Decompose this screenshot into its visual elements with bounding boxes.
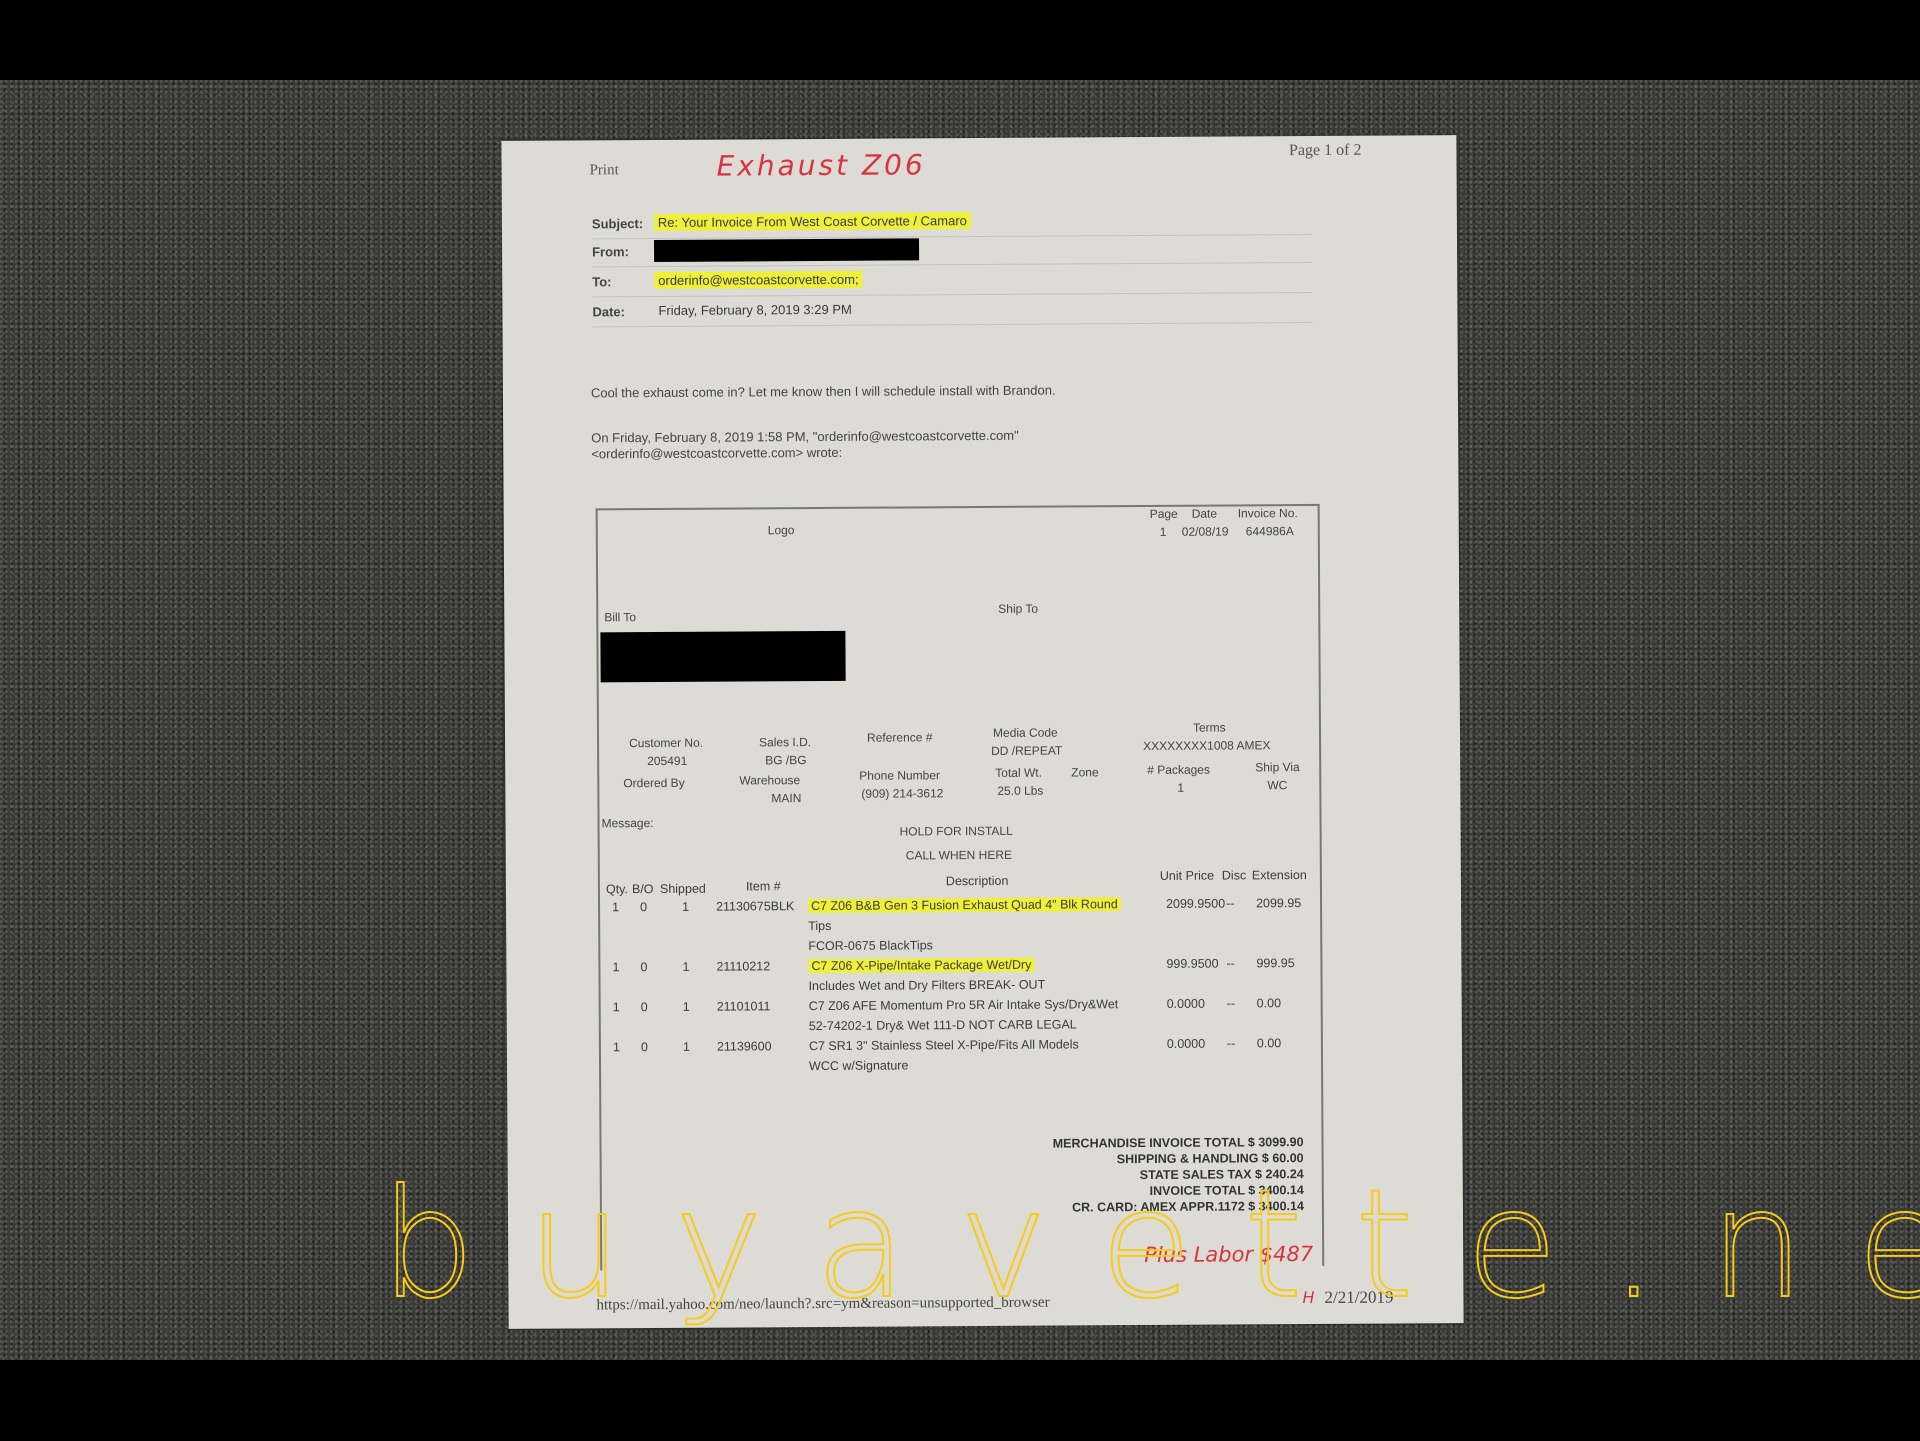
cell-extension: 2099.95 — [1256, 896, 1301, 910]
cell-description: C7 Z06 AFE Momentum Pro 5R Air Intake Sy… — [809, 997, 1119, 1013]
table-row: 10121139600C7 SR1 3" Stainless Steel X-P… — [601, 1036, 1321, 1058]
print-label: Print — [590, 162, 619, 179]
cell-disc: -- — [1227, 1036, 1235, 1050]
cell-shipped: 1 — [683, 1040, 690, 1054]
date-col-value: 02/08/19 — [1182, 524, 1229, 538]
cell-qty: 1 — [612, 900, 619, 914]
date-value: Friday, February 8, 2019 3:29 PM — [654, 301, 856, 319]
cell-shipped: 1 — [682, 900, 689, 914]
line-note: 52-74202-1 Dry& Wet 111-D NOT CARB LEGAL — [601, 1016, 1321, 1038]
cell-extension: 999.95 — [1256, 956, 1294, 970]
cell-bo: 0 — [640, 960, 647, 974]
line-note-text: WCC w/Signature — [809, 1058, 908, 1073]
phone-label: Phone Number — [859, 768, 940, 782]
ordered-by-label: Ordered By — [623, 776, 684, 790]
cell-bo: 0 — [640, 900, 647, 914]
cell-qty: 1 — [613, 1000, 620, 1014]
line-items-header: Qty. B/O Shipped Item # Description Unit… — [600, 868, 1320, 890]
cell-item: 21139600 — [717, 1039, 772, 1053]
cell-qty: 1 — [612, 960, 619, 974]
col-shipped: Shipped — [660, 882, 706, 896]
col-bo: B/O — [632, 882, 654, 896]
email-from-row: From: — [592, 234, 1312, 267]
email-to-row: To: orderinfo@westcoastcorvette.com; — [592, 264, 1312, 297]
cell-item: 21101011 — [717, 999, 771, 1013]
cell-bo: 0 — [641, 1040, 648, 1054]
packages-value: 1 — [1177, 781, 1184, 795]
reference-label: Reference # — [867, 730, 932, 744]
cell-qty: 1 — [613, 1040, 620, 1054]
phone-value: (909) 214-3612 — [861, 786, 943, 801]
page-value: 1 — [1160, 525, 1167, 539]
col-extension: Extension — [1252, 868, 1307, 882]
col-disc: Disc — [1222, 868, 1246, 882]
cell-extension: 0.00 — [1257, 1036, 1281, 1050]
ship-via-value: WC — [1267, 778, 1287, 792]
message-line-1: HOLD FOR INSTALL — [900, 824, 1013, 839]
line-note-text: Includes Wet and Dry Filters BREAK- OUT — [809, 978, 1046, 993]
col-item: Item # — [746, 879, 781, 893]
date-col-label: Date — [1192, 507, 1217, 521]
cell-bo: 0 — [641, 1000, 648, 1014]
cell-disc: -- — [1226, 956, 1234, 970]
bill-to-redaction — [600, 631, 845, 682]
col-description: Description — [946, 874, 1009, 888]
sales-id-value: BG /BG — [765, 753, 806, 767]
logo-placeholder: Logo — [768, 523, 795, 537]
cell-description: C7 Z06 B&B Gen 3 Fusion Exhaust Quad 4" … — [808, 897, 1121, 913]
cell-description: C7 Z06 X-Pipe/Intake Package Wet/Dry — [808, 958, 1034, 973]
customer-no-label: Customer No. — [629, 736, 703, 750]
cell-disc: -- — [1227, 996, 1235, 1010]
terms-value: XXXXXXXX1008 AMEX — [1143, 738, 1270, 753]
message-line-2: CALL WHEN HERE — [906, 848, 1012, 863]
cell-shipped: 1 — [682, 960, 689, 974]
page-indicator: Page 1 of 2 — [1289, 142, 1362, 160]
table-row: 10121110212C7 Z06 X-Pipe/Intake Package … — [600, 956, 1320, 978]
ship-to-label: Ship To — [998, 602, 1038, 616]
cell-unit-price: 0.0000 — [1167, 997, 1205, 1011]
cell-disc: -- — [1226, 896, 1234, 910]
media-code-label: Media Code — [993, 726, 1058, 740]
line-note: Includes Wet and Dry Filters BREAK- OUT — [601, 976, 1321, 998]
to-value: orderinfo@westcoastcorvette.com; — [654, 271, 862, 289]
line-note: FCOR-0675 BlackTips — [600, 936, 1320, 958]
table-row: 10121130675BLKC7 Z06 B&B Gen 3 Fusion Ex… — [600, 896, 1320, 918]
email-body: Cool the exhaust come in? Let me know th… — [591, 383, 1056, 401]
to-label: To: — [592, 274, 611, 289]
handwritten-title: Exhaust Z06 — [716, 148, 925, 182]
from-redaction — [654, 238, 919, 262]
quote-line-2: <orderinfo@westcoastcorvette.com> wrote: — [591, 445, 842, 462]
col-qty: Qty. — [606, 882, 628, 896]
packages-label: # Packages — [1147, 763, 1210, 777]
terms-label: Terms — [1193, 721, 1226, 735]
sales-id-label: Sales I.D. — [759, 735, 811, 749]
ship-via-label: Ship Via — [1255, 760, 1300, 774]
line-note: Tips — [600, 916, 1320, 938]
table-row: 10121101011C7 Z06 AFE Momentum Pro 5R Ai… — [601, 996, 1321, 1018]
quote-line-1: On Friday, February 8, 2019 1:58 PM, "or… — [591, 428, 1019, 446]
invoice-no-value: 644986A — [1246, 524, 1294, 538]
subject-value: Re: Your Invoice From West Coast Corvett… — [654, 212, 971, 231]
zone-label: Zone — [1071, 765, 1098, 779]
line-note-text: 52-74202-1 Dry& Wet 111-D NOT CARB LEGAL — [809, 1017, 1077, 1033]
cell-item: 21130675BLK — [716, 899, 794, 913]
watermark: buyavette.net — [380, 1170, 1920, 1320]
warehouse-value: MAIN — [771, 791, 801, 805]
customer-no-value: 205491 — [647, 754, 687, 768]
bill-to-label: Bill To — [604, 610, 636, 624]
col-unit-price: Unit Price — [1160, 869, 1214, 883]
line-note-text: FCOR-0675 BlackTips — [808, 938, 933, 953]
email-date-row: Date: Friday, February 8, 2019 3:29 PM — [592, 294, 1312, 327]
date-label: Date: — [592, 304, 625, 319]
cell-item: 21110212 — [716, 959, 770, 973]
message-label: Message: — [602, 816, 654, 830]
subject-label: Subject: — [592, 216, 643, 231]
from-label: From: — [592, 244, 629, 259]
warehouse-label: Warehouse — [739, 773, 800, 787]
media-code-value: DD /REPEAT — [991, 744, 1062, 758]
cell-extension: 0.00 — [1257, 996, 1281, 1010]
page-label: Page — [1150, 507, 1178, 521]
cell-description: C7 SR1 3" Stainless Steel X-Pipe/Fits Al… — [809, 1037, 1079, 1053]
line-note-text: Tips — [808, 919, 831, 933]
cell-unit-price: 2099.9500 — [1166, 897, 1225, 911]
line-note: WCC w/Signature — [601, 1056, 1321, 1078]
merchandise-total: MERCHANDISE INVOICE TOTAL $ 3099.90 — [1053, 1134, 1304, 1152]
invoice-no-label: Invoice No. — [1238, 506, 1298, 520]
cell-unit-price: 999.9500 — [1166, 957, 1218, 971]
total-wt-label: Total Wt. — [995, 766, 1042, 780]
printed-email-page: Print Exhaust Z06 Page 1 of 2 Subject: R… — [501, 135, 1463, 1329]
cell-shipped: 1 — [683, 1000, 690, 1014]
total-wt-value: 25.0 Lbs — [997, 784, 1043, 798]
cell-unit-price: 0.0000 — [1167, 1037, 1205, 1051]
invoice-box: Logo Page 1 Date 02/08/19 Invoice No. 64… — [596, 504, 1325, 1270]
